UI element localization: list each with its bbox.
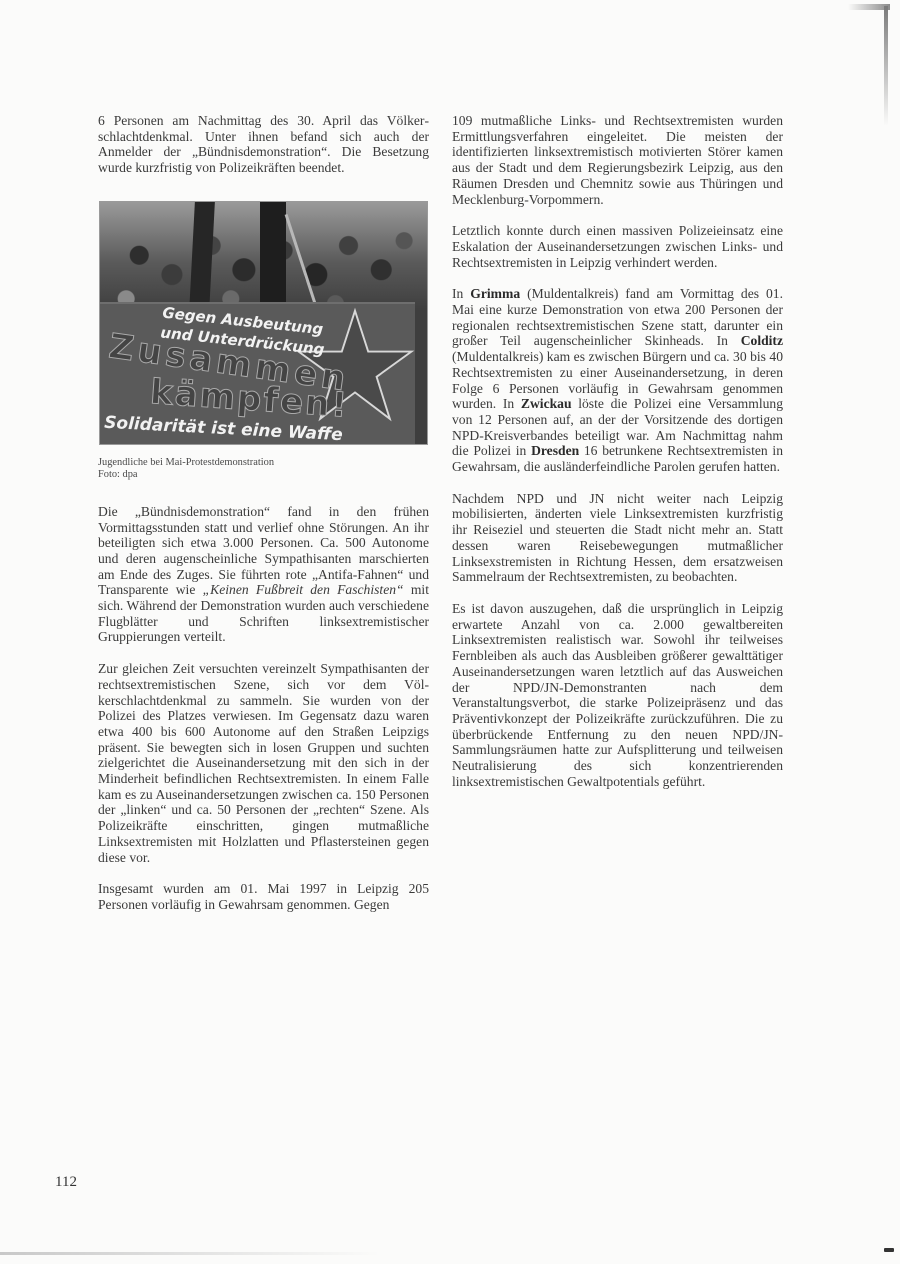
quoted-banner-slogan: „Keinen Fuß­breit den Faschisten“ [203,582,404,597]
place-grimma: Grimma [470,286,520,301]
paragraph-escalation-prevented: Letztlich konnte durch einen massiven Po… [452,223,783,270]
page-number: 112 [55,1174,77,1191]
scan-page-edge-right [884,6,888,126]
paragraph-conclusion: Es ist davon auszugehen, daß die ursprün… [452,601,783,789]
right-column: 109 mutmaßliche Links- und Rechtsextremi… [452,113,783,805]
place-zwickau: Zwickau [521,396,572,411]
caption-title: Jugendliche bei Mai-Protestdemonstration [98,457,429,470]
scan-page-edge-bottom [0,1252,380,1255]
paragraph-sympathisers: Zur gleichen Zeit versuchten vereinzelt … [98,661,429,865]
place-colditz: Colditz [741,333,783,348]
place-dresden: Dresden [531,443,579,458]
protest-banner: Gegen Ausbeutung und Unterdrückung Zusam… [100,302,415,445]
protest-photo: Gegen Ausbeutung und Unterdrückung Zusam… [99,201,428,445]
paragraph-buendnisdemonstration: Die „Bündnisdemonstration“ fand in den f… [98,504,429,645]
banner-text: kämpfen! [150,385,350,415]
paragraph-travel-movements: Nachdem NPD und JN nicht weiter nach Lei… [452,491,783,585]
scan-corner-mark [884,1248,894,1252]
paragraph-custody-total: Insgesamt wurden am 01. Mai 1997 in Leip… [98,881,429,912]
black-flag-icon [260,202,286,302]
photo-caption: Jugendliche bei Mai-Protestdemonstration… [98,457,429,482]
paragraph-occupation-ended: 6 Personen am Nachmittag des 30. April d… [98,113,429,176]
paragraph-regional-events: In Grimma (Muldentalkreis) fand am Vormi… [452,286,783,474]
left-column: 6 Personen am Nachmittag des 30. April d… [98,113,429,929]
caption-credit: Foto: dpa [98,469,429,482]
paragraph-investigations: 109 mutmaßliche Links- und Rechtsextremi… [452,113,783,207]
